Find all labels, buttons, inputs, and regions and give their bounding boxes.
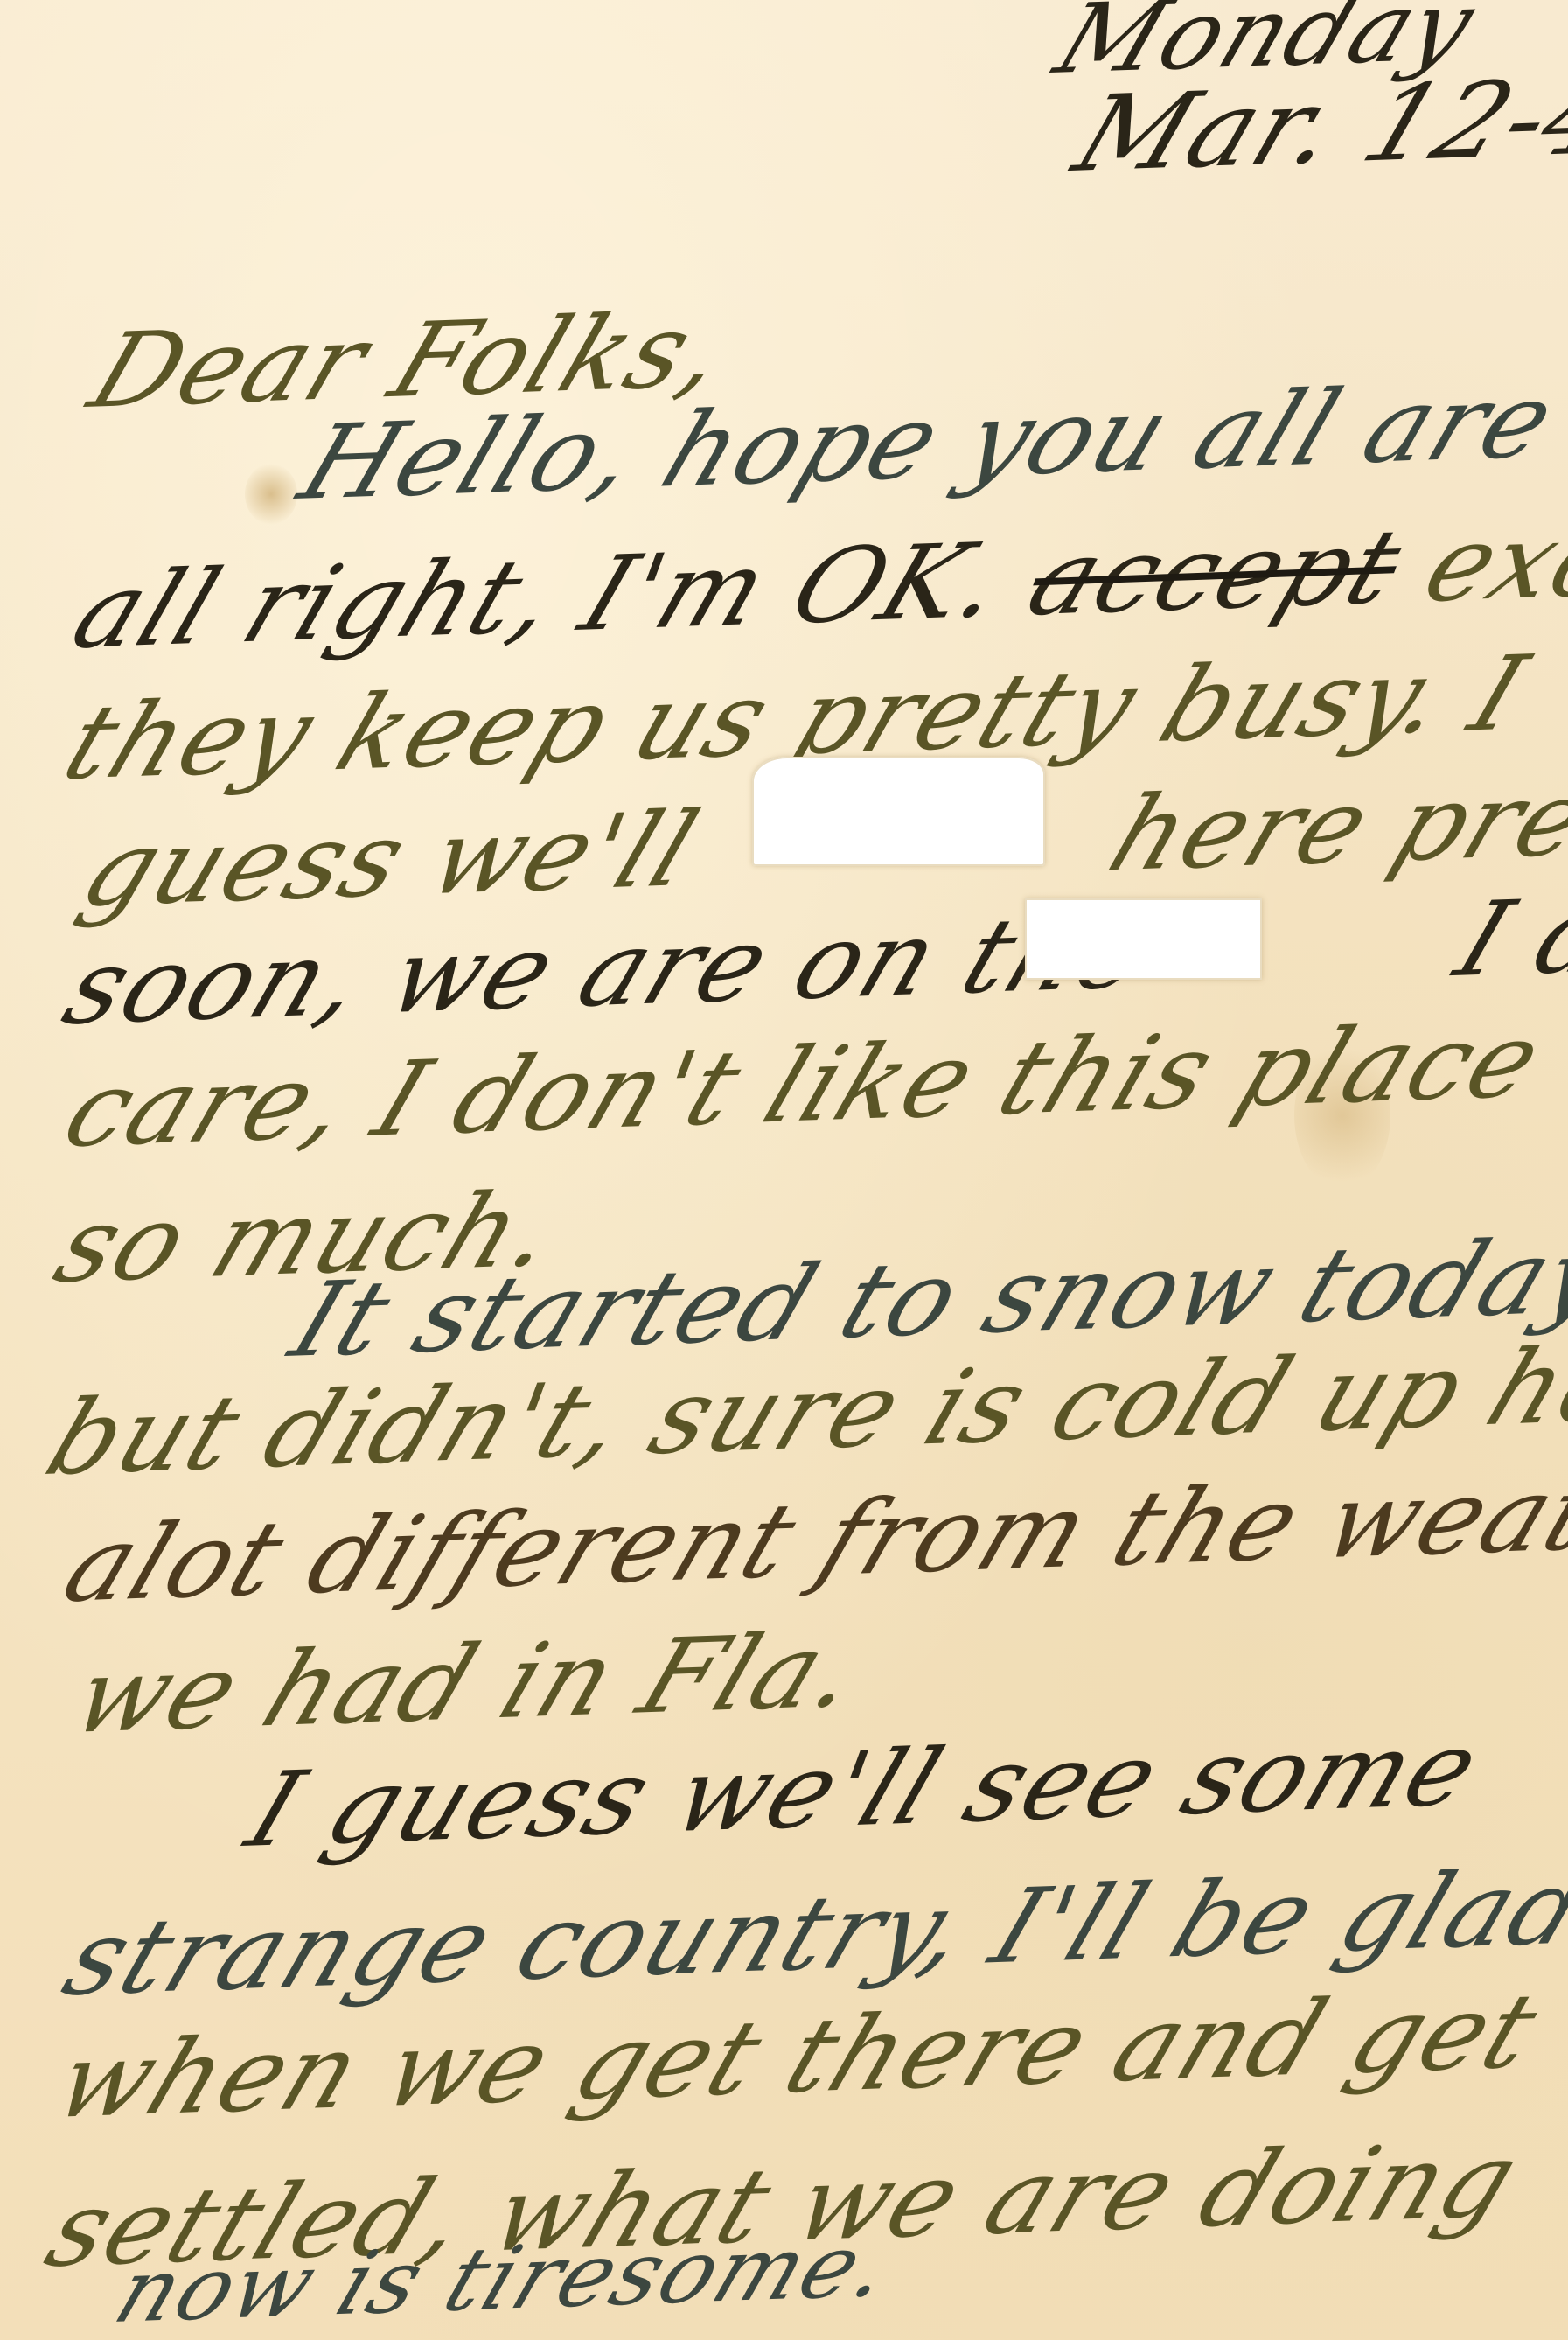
- line-text: I don't: [1406, 867, 1568, 1001]
- censor-cutout: [752, 757, 1045, 866]
- letter-line-11: we had in Fla.: [61, 1618, 875, 1748]
- letter-line-16: now is tiresome.: [105, 2222, 904, 2336]
- line-text: all right, I'm OK.: [58, 518, 1057, 672]
- struck-out-word: accept: [1014, 506, 1419, 639]
- letter-page: Monday Mar. 12-45 Dear Folks, Hello, hop…: [0, 0, 1568, 2340]
- line-text: here pretty: [1060, 752, 1568, 896]
- censor-cutout: [1025, 898, 1262, 980]
- letter-date: Mar. 12-45: [1063, 62, 1568, 188]
- censored-gap: [714, 871, 1069, 884]
